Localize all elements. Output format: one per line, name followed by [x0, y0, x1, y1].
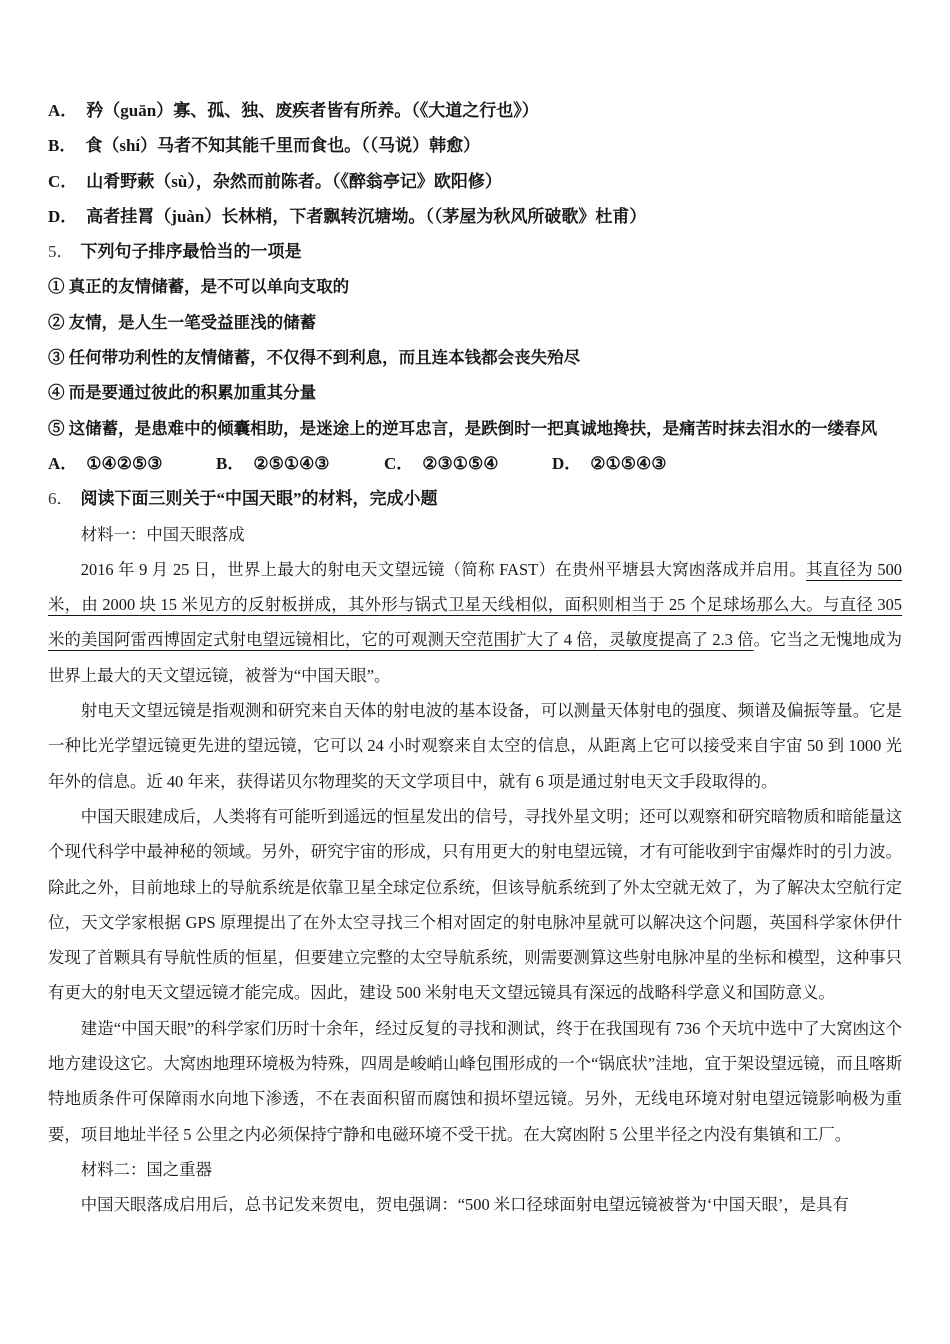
segment-before-underline: 2016 年 9 月 25 日，世界上最大的射电天文望远镜（简称 FAST）在贵… — [81, 560, 806, 579]
material1-paragraph-4: 建造“中国天眼”的科学家们历时十余年，经过反复的寻找和测试，终于在我国现有 73… — [48, 1011, 902, 1152]
q5-header: 5．下列句子排序最恰当的一项是 — [48, 234, 902, 269]
q5-sentence-4: ④ 而是要通过彼此的积累加重其分量 — [48, 375, 902, 410]
q5-answer-b: B．②⑤①④③ — [216, 446, 384, 481]
material1-heading: 材料一：中国天眼落成 — [48, 517, 902, 552]
option-label: B． — [48, 136, 76, 155]
q6-header: 6．阅读下面三则关于“中国天眼”的材料，完成小题 — [48, 481, 902, 516]
option-label: C． — [48, 172, 77, 191]
option-label: A． — [48, 101, 77, 120]
question-number: 6． — [48, 489, 74, 508]
exam-page: A．矜（guān）寡、孤、独、废疾者皆有所养。（《大道之行也》） B．食（shí… — [0, 0, 950, 1344]
q5-sentence-2: ② 友情，是人生一笔受益匪浅的储蓄 — [48, 305, 902, 340]
option-text: 矜（guān）寡、孤、独、废疾者皆有所养。（《大道之行也》） — [86, 101, 538, 120]
material1-paragraph-3: 中国天眼建成后，人类将有可能听到遥远的恒星发出的信号，寻找外星文明；还可以观察和… — [48, 799, 902, 1011]
option-text: ①④②⑤③ — [86, 454, 162, 473]
material1-paragraph-2: 射电天文望远镜是指观测和研究来自天体的射电波的基本设备，可以测量天体射电的强度、… — [48, 693, 902, 799]
option-text: ②①⑤④③ — [590, 454, 666, 473]
material2-paragraph-1: 中国天眼落成启用后，总书记发来贺电，贺电强调：“500 米口径球面射电望远镜被誉… — [48, 1187, 902, 1222]
q4-option-a: A．矜（guān）寡、孤、独、废疾者皆有所养。（《大道之行也》） — [48, 93, 902, 128]
reading-materials: 材料一：中国天眼落成 2016 年 9 月 25 日，世界上最大的射电天文望远镜… — [48, 517, 902, 1223]
question-stem: 下列句子排序最恰当的一项是 — [81, 242, 302, 261]
option-label: C． — [384, 454, 413, 473]
q4-option-c: C．山肴野蔌（sù），杂然而前陈者。（《醉翁亭记》欧阳修） — [48, 164, 902, 199]
q5-sentence-3: ③ 任何带功利性的友情储蓄，不仅得不到利息，而且连本钱都会丧失殆尽 — [48, 340, 902, 375]
q4-option-d: D．高者挂罥（juàn）长林梢，下者飘转沉塘坳。（（茅屋为秋风所破歌》杜甫） — [48, 199, 902, 234]
q5-answer-a: A．①④②⑤③ — [48, 446, 216, 481]
q5-answer-d: D．②①⑤④③ — [552, 446, 666, 481]
question-number: 5． — [48, 242, 74, 261]
option-label: D． — [48, 207, 77, 226]
q5-sentence-5: ⑤ 这储蓄，是患难中的倾囊相助，是迷途上的逆耳忠言，是跌倒时一把真诚地搀扶，是痛… — [48, 411, 902, 446]
option-text: 山肴野蔌（sù），杂然而前陈者。（《醉翁亭记》欧阳修） — [86, 172, 502, 191]
material1-paragraph-1: 2016 年 9 月 25 日，世界上最大的射电天文望远镜（简称 FAST）在贵… — [48, 552, 902, 693]
option-text: ②③①⑤④ — [422, 454, 498, 473]
q5-sentence-1: ① 真正的友情储蓄，是不可以单向支取的 — [48, 269, 902, 304]
material2-heading: 材料二：国之重器 — [48, 1152, 902, 1187]
question-stem: 阅读下面三则关于“中国天眼”的材料，完成小题 — [81, 489, 438, 508]
option-label: B． — [216, 454, 244, 473]
q5-sentence-list: ① 真正的友情储蓄，是不可以单向支取的 ② 友情，是人生一笔受益匪浅的储蓄 ③ … — [48, 269, 902, 445]
option-text: 食（shí）马者不知其能千里而食也。（（马说）韩愈） — [85, 136, 480, 155]
option-label: A． — [48, 454, 77, 473]
option-text: 高者挂罥（juàn）长林梢，下者飘转沉塘坳。（（茅屋为秋风所破歌》杜甫） — [86, 207, 646, 226]
q5-answer-row: A．①④②⑤③ B．②⑤①④③ C．②③①⑤④ D．②①⑤④③ — [48, 446, 902, 481]
option-text: ②⑤①④③ — [253, 454, 329, 473]
q4-option-b: B．食（shí）马者不知其能千里而食也。（（马说）韩愈） — [48, 128, 902, 163]
option-label: D． — [552, 454, 581, 473]
q5-answer-c: C．②③①⑤④ — [384, 446, 552, 481]
